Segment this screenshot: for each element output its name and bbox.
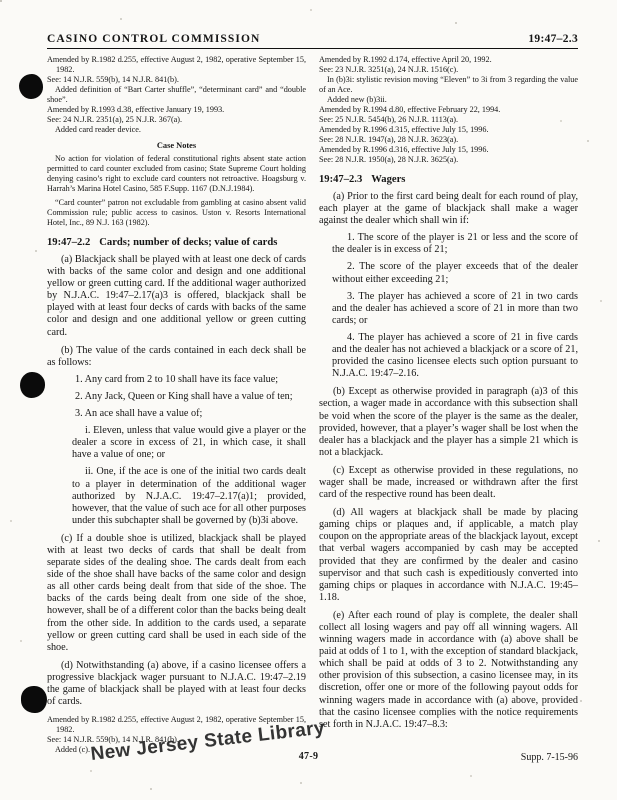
case-notes-heading: Case Notes: [47, 141, 306, 150]
page-header: CASINO CONTROL COMMISSION 19:47–2.3: [47, 33, 578, 49]
paragraph-b: (b) Except as otherwise provided in para…: [319, 386, 578, 459]
history-line: See: 23 N.J.R. 3251(a), 24 N.J.R. 1516(c…: [319, 65, 578, 75]
paragraph-c: (c) Except as otherwise provided in thes…: [319, 465, 578, 501]
list-item: 2. Any Jack, Queen or King shall have a …: [47, 391, 306, 403]
history-line: Amended by R.1996 d.315, effective July …: [319, 125, 578, 135]
list-item: 3. The player has achieved a score of 21…: [319, 291, 578, 327]
header-title: CASINO CONTROL COMMISSION: [47, 33, 260, 45]
list-item: 4. The player has achieved a score of 21…: [319, 332, 578, 380]
list-item: 1. Any card from 2 to 10 shall have its …: [47, 374, 306, 386]
case-note: “Card counter” patron not excludable fro…: [47, 198, 306, 228]
punch-hole-mark: [20, 372, 45, 398]
section-number: 19:47–2.2: [47, 237, 90, 248]
list-item: 2. The score of the player exceeds that …: [319, 261, 578, 285]
history-line: In (b)3i: stylistic revision moving “Ele…: [319, 75, 578, 95]
sub-list-item: ii. One, if the ace is one of the initia…: [47, 466, 306, 526]
history-line: Amended by R.1982 d.255, effective Augus…: [47, 55, 306, 75]
history-line: See: 14 N.J.R. 559(b), 14 N.J.R. 841(b).: [47, 75, 306, 85]
history-line: See: 25 N.J.R. 5454(b), 26 N.J.R. 1113(a…: [319, 115, 578, 125]
history-line: Amended by R.1994 d.80, effective Februa…: [319, 105, 578, 115]
supplement-date: Supp. 7-15-96: [521, 752, 578, 763]
paragraph-b: (b) The value of the cards contained in …: [47, 345, 306, 369]
history-line: See: 28 N.J.R. 1947(a), 28 N.J.R. 3623(a…: [319, 135, 578, 145]
section-heading: 19:47–2.2Cards; number of decks; value o…: [47, 237, 306, 248]
punch-hole-mark: [21, 686, 47, 713]
section-heading: 19:47–2.3Wagers: [319, 174, 578, 185]
paragraph-c: (c) If a double shoe is utilized, blackj…: [47, 533, 306, 654]
paragraph-a: (a) Prior to the first card being dealt …: [319, 191, 578, 227]
history-line: Added card reader device.: [47, 125, 306, 135]
history-line: Amended by R.1992 d.174, effective April…: [319, 55, 578, 65]
section-title: Wagers: [371, 174, 405, 185]
history-line: Added new (b)3ii.: [319, 95, 578, 105]
history-line: Amended by R.1996 d.316, effective July …: [319, 145, 578, 155]
sub-list-item: i. Eleven, unless that value would give …: [47, 425, 306, 461]
punch-hole-mark: [19, 74, 43, 99]
history-line: Added definition of “Bart Carter shuffle…: [47, 85, 306, 105]
right-column: Amended by R.1992 d.174, effective April…: [319, 55, 578, 755]
left-column: Amended by R.1982 d.255, effective Augus…: [47, 55, 306, 755]
header-section-ref: 19:47–2.3: [528, 33, 578, 45]
history-line: See: 24 N.J.R. 2351(a), 25 N.J.R. 367(a)…: [47, 115, 306, 125]
list-item: 3. An ace shall have a value of;: [47, 408, 306, 420]
section-title: Cards; number of decks; value of cards: [99, 237, 277, 248]
paragraph-e: (e) After each round of play is complete…: [319, 610, 578, 731]
history-line: Amended by R.1993 d.38, effective Januar…: [47, 105, 306, 115]
paragraph-d: (d) All wagers at blackjack shall be mad…: [319, 507, 578, 604]
case-note: No action for violation of federal const…: [47, 154, 306, 194]
paragraph-d: (d) Notwithstanding (a) above, if a casi…: [47, 660, 306, 708]
history-line: See: 28 N.J.R. 1950(a), 28 N.J.R. 3625(a…: [319, 155, 578, 165]
paragraph-a: (a) Blackjack shall be played with at le…: [47, 254, 306, 339]
section-number: 19:47–2.3: [319, 174, 362, 185]
two-column-body: Amended by R.1982 d.255, effective Augus…: [47, 55, 578, 755]
list-item: 1. The score of the player is 21 or less…: [319, 232, 578, 256]
scanned-document-page: CASINO CONTROL COMMISSION 19:47–2.3 Amen…: [0, 0, 617, 800]
